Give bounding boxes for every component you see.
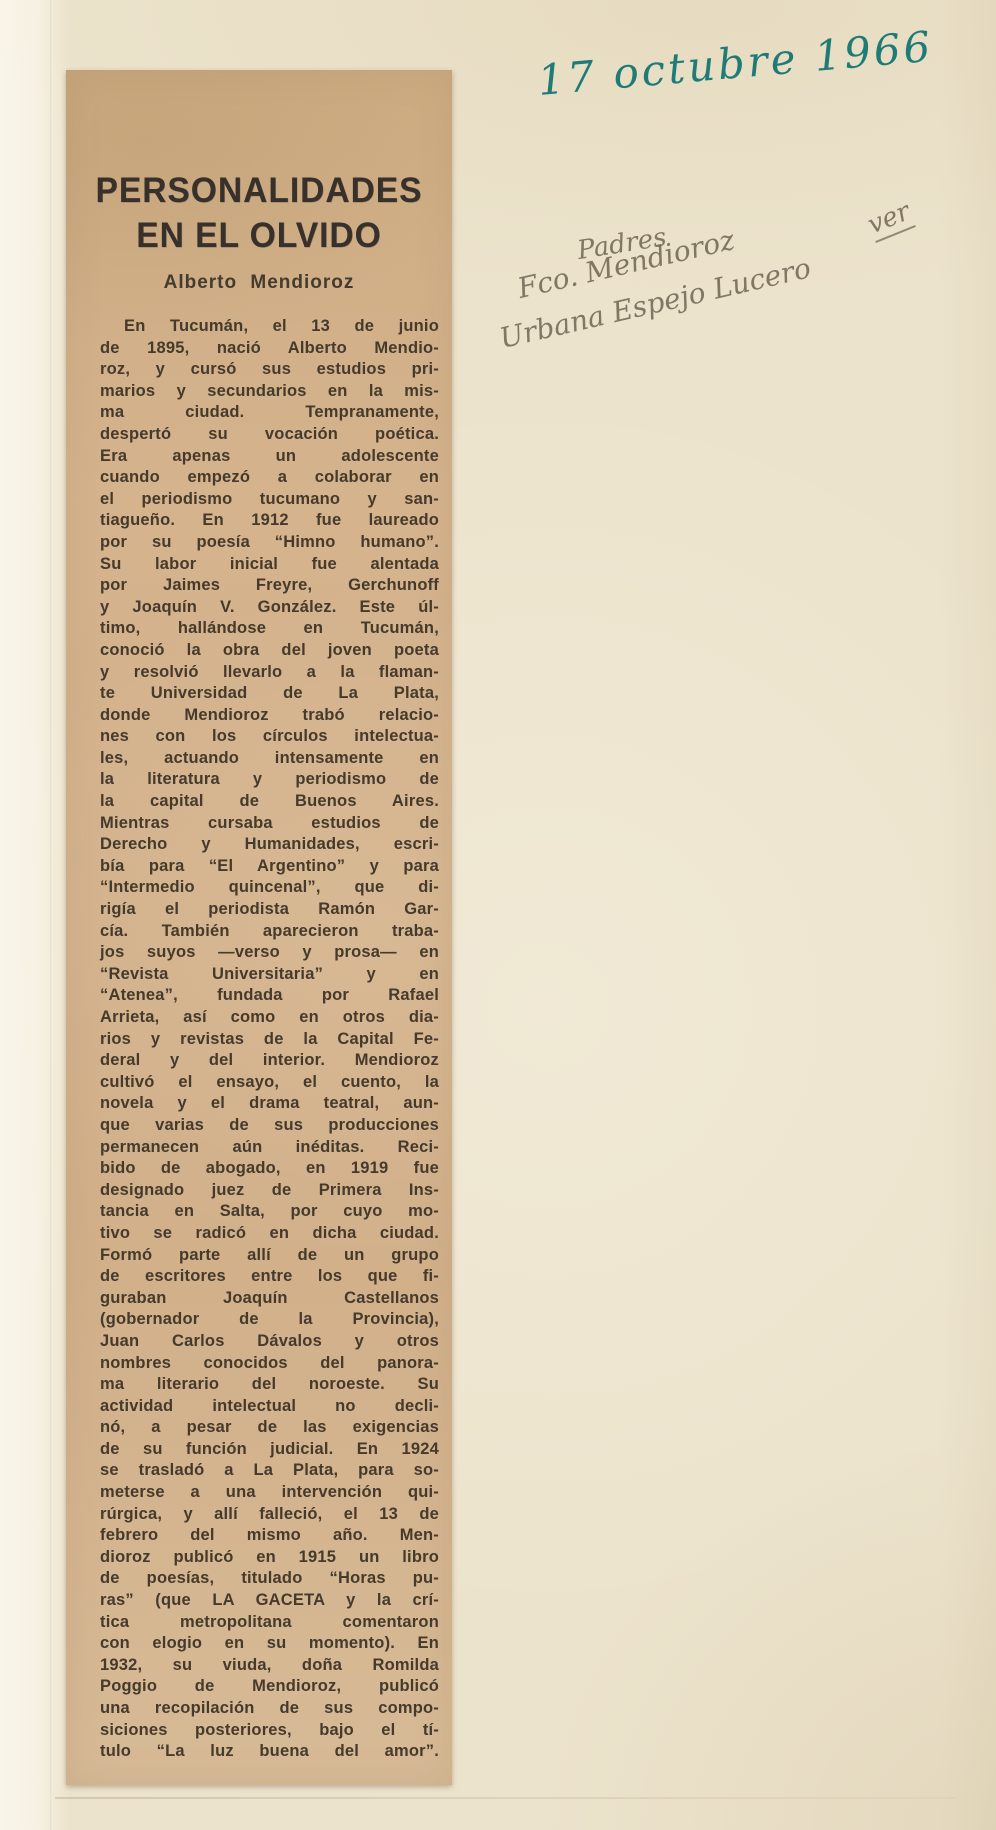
article-body-line: de poesías, titulado “Horas pu- [100,1568,439,1590]
article-body-line: roz, y cursó sus estudios pri- [100,359,439,381]
article-body-line: meterse a una intervención qui- [100,1482,439,1504]
article-body-line: En Tucumán, el 13 de junio [100,316,439,338]
article-body-line: con elogio en su momento). En [100,1633,439,1655]
article-body-line: dioroz publicó en 1915 un libro [100,1547,439,1569]
article-body-line: Formó parte allí de un grupo [100,1245,439,1267]
article-body-line: “Atenea”, fundada por Rafael [100,985,439,1007]
article-body-line: ma ciudad. Tempranamente, [100,402,439,424]
article-body-line: 1932, su viuda, doña Romilda [100,1655,439,1677]
article-body-line: novela y el drama teatral, aun- [100,1093,439,1115]
article-body-line: rigía el periodista Ramón Gar- [100,899,439,921]
article-body-line: donde Mendioroz trabó relacio- [100,705,439,727]
article-body-line: bido de abogado, en 1919 fue [100,1158,439,1180]
article-body-line: permanecen aún inéditas. Reci- [100,1137,439,1159]
article-body-line: actividad intelectual no decli- [100,1396,439,1418]
article-body-line: nes con los círculos intelectua- [100,726,439,748]
article-body-line: tica metropolitana comentaron [100,1612,439,1634]
article-headline: PERSONALIDADES EN EL OLVIDO [74,168,445,258]
article-body-line: Arrieta, así como en otros dia- [100,1007,439,1029]
article-body-line: cía. También aparecieron traba- [100,921,439,943]
article-body-line: Poggio de Mendioroz, publicó [100,1676,439,1698]
article-body-line: tulo “La luz buena del amor”. [100,1741,439,1763]
article-body-line: designado juez de Primera Ins- [100,1180,439,1202]
page-fold-crease-horizontal [55,1797,955,1799]
article-body-line: Mientras cursaba estudios de [100,813,439,835]
article-body-line: tiagueño. En 1912 fue laureado [100,510,439,532]
article-body-line: de escritores entre los que fi- [100,1266,439,1288]
article-body-line: una recopilación de sus compo- [100,1698,439,1720]
article-body-line: la literatura y periodismo de [100,769,439,791]
article-body-line: febrero del mismo año. Men- [100,1525,439,1547]
article-body-line: y resolvió llevarlo a la flaman- [100,662,439,684]
headline-line-2: EN EL OLVIDO [74,213,445,258]
article-body-line: rúrgica, y allí falleció, el 13 de [100,1504,439,1526]
article-body-line: te Universidad de La Plata, [100,683,439,705]
article-body-line: “Revista Universitaria” y en [100,964,439,986]
article-body-line: el periodismo tucumano y san- [100,489,439,511]
article-body-line: Su labor inicial fue alentada [100,554,439,576]
headline-line-1: PERSONALIDADES [74,168,445,213]
article-body-line: Era apenas un adolescente [100,446,439,468]
article-body-line: ma literario del noroeste. Su [100,1374,439,1396]
article-body-line: despertó su vocación poética. [100,424,439,446]
article-body-line: ras” (que LA GACETA y la crí- [100,1590,439,1612]
article-body-line: siciones posteriores, bajo el tí- [100,1720,439,1742]
article-body-line: rios y revistas de la Capital Fe- [100,1029,439,1051]
article-body-line: (gobernador de la Provincia), [100,1309,439,1331]
article-body-line: se trasladó a La Plata, para so- [100,1460,439,1482]
article-body-line: y Joaquín V. González. Este úl- [100,597,439,619]
article-body-line: Juan Carlos Dávalos y otros [100,1331,439,1353]
article-body-line: nombres conocidos del panora- [100,1353,439,1375]
article-body-line: bía para “El Argentino” y para [100,856,439,878]
article-body-line: Derecho y Humanidades, escri- [100,834,439,856]
article-body-line: deral y del interior. Mendioroz [100,1050,439,1072]
article-body-line: timo, hallándose en Tucumán, [100,618,439,640]
article-body-line: “Intermedio quincenal”, que di- [100,877,439,899]
article-body-line: cultivó el ensayo, el cuento, la [100,1072,439,1094]
article-body-line: nó, a pesar de las exigencias [100,1417,439,1439]
article-body-line: tancia en Salta, por cuyo mo- [100,1201,439,1223]
article-body-line: de su función judicial. En 1924 [100,1439,439,1461]
article-body-line: les, actuando intensamente en [100,748,439,770]
article-body-line: cuando empezó a colaborar en [100,467,439,489]
newspaper-clipping: PERSONALIDADES EN EL OLVIDO Alberto Mend… [66,70,452,1785]
article-body-line: guraban Joaquín Castellanos [100,1288,439,1310]
article-body-line: la capital de Buenos Aires. [100,791,439,813]
article-body-line: tivo se radicó en dicha ciudad. [100,1223,439,1245]
article-body-line: por Jaimes Freyre, Gerchunoff [100,575,439,597]
article-body-line: marios y secundarios en la mis- [100,381,439,403]
article-body-line: conoció la obra del joven poeta [100,640,439,662]
article-body-line: de 1895, nació Alberto Mendio- [100,338,439,360]
article-body-line: que varias de sus producciones [100,1115,439,1137]
article-body-line: jos suyos —verso y prosa— en [100,942,439,964]
article-body: En Tucumán, el 13 de juniode 1895, nació… [66,316,452,1763]
page-fold-crease-vertical [50,0,53,1830]
article-body-line: por su poesía “Himno humano”. [100,532,439,554]
article-byline: Alberto Mendioroz [66,272,452,294]
